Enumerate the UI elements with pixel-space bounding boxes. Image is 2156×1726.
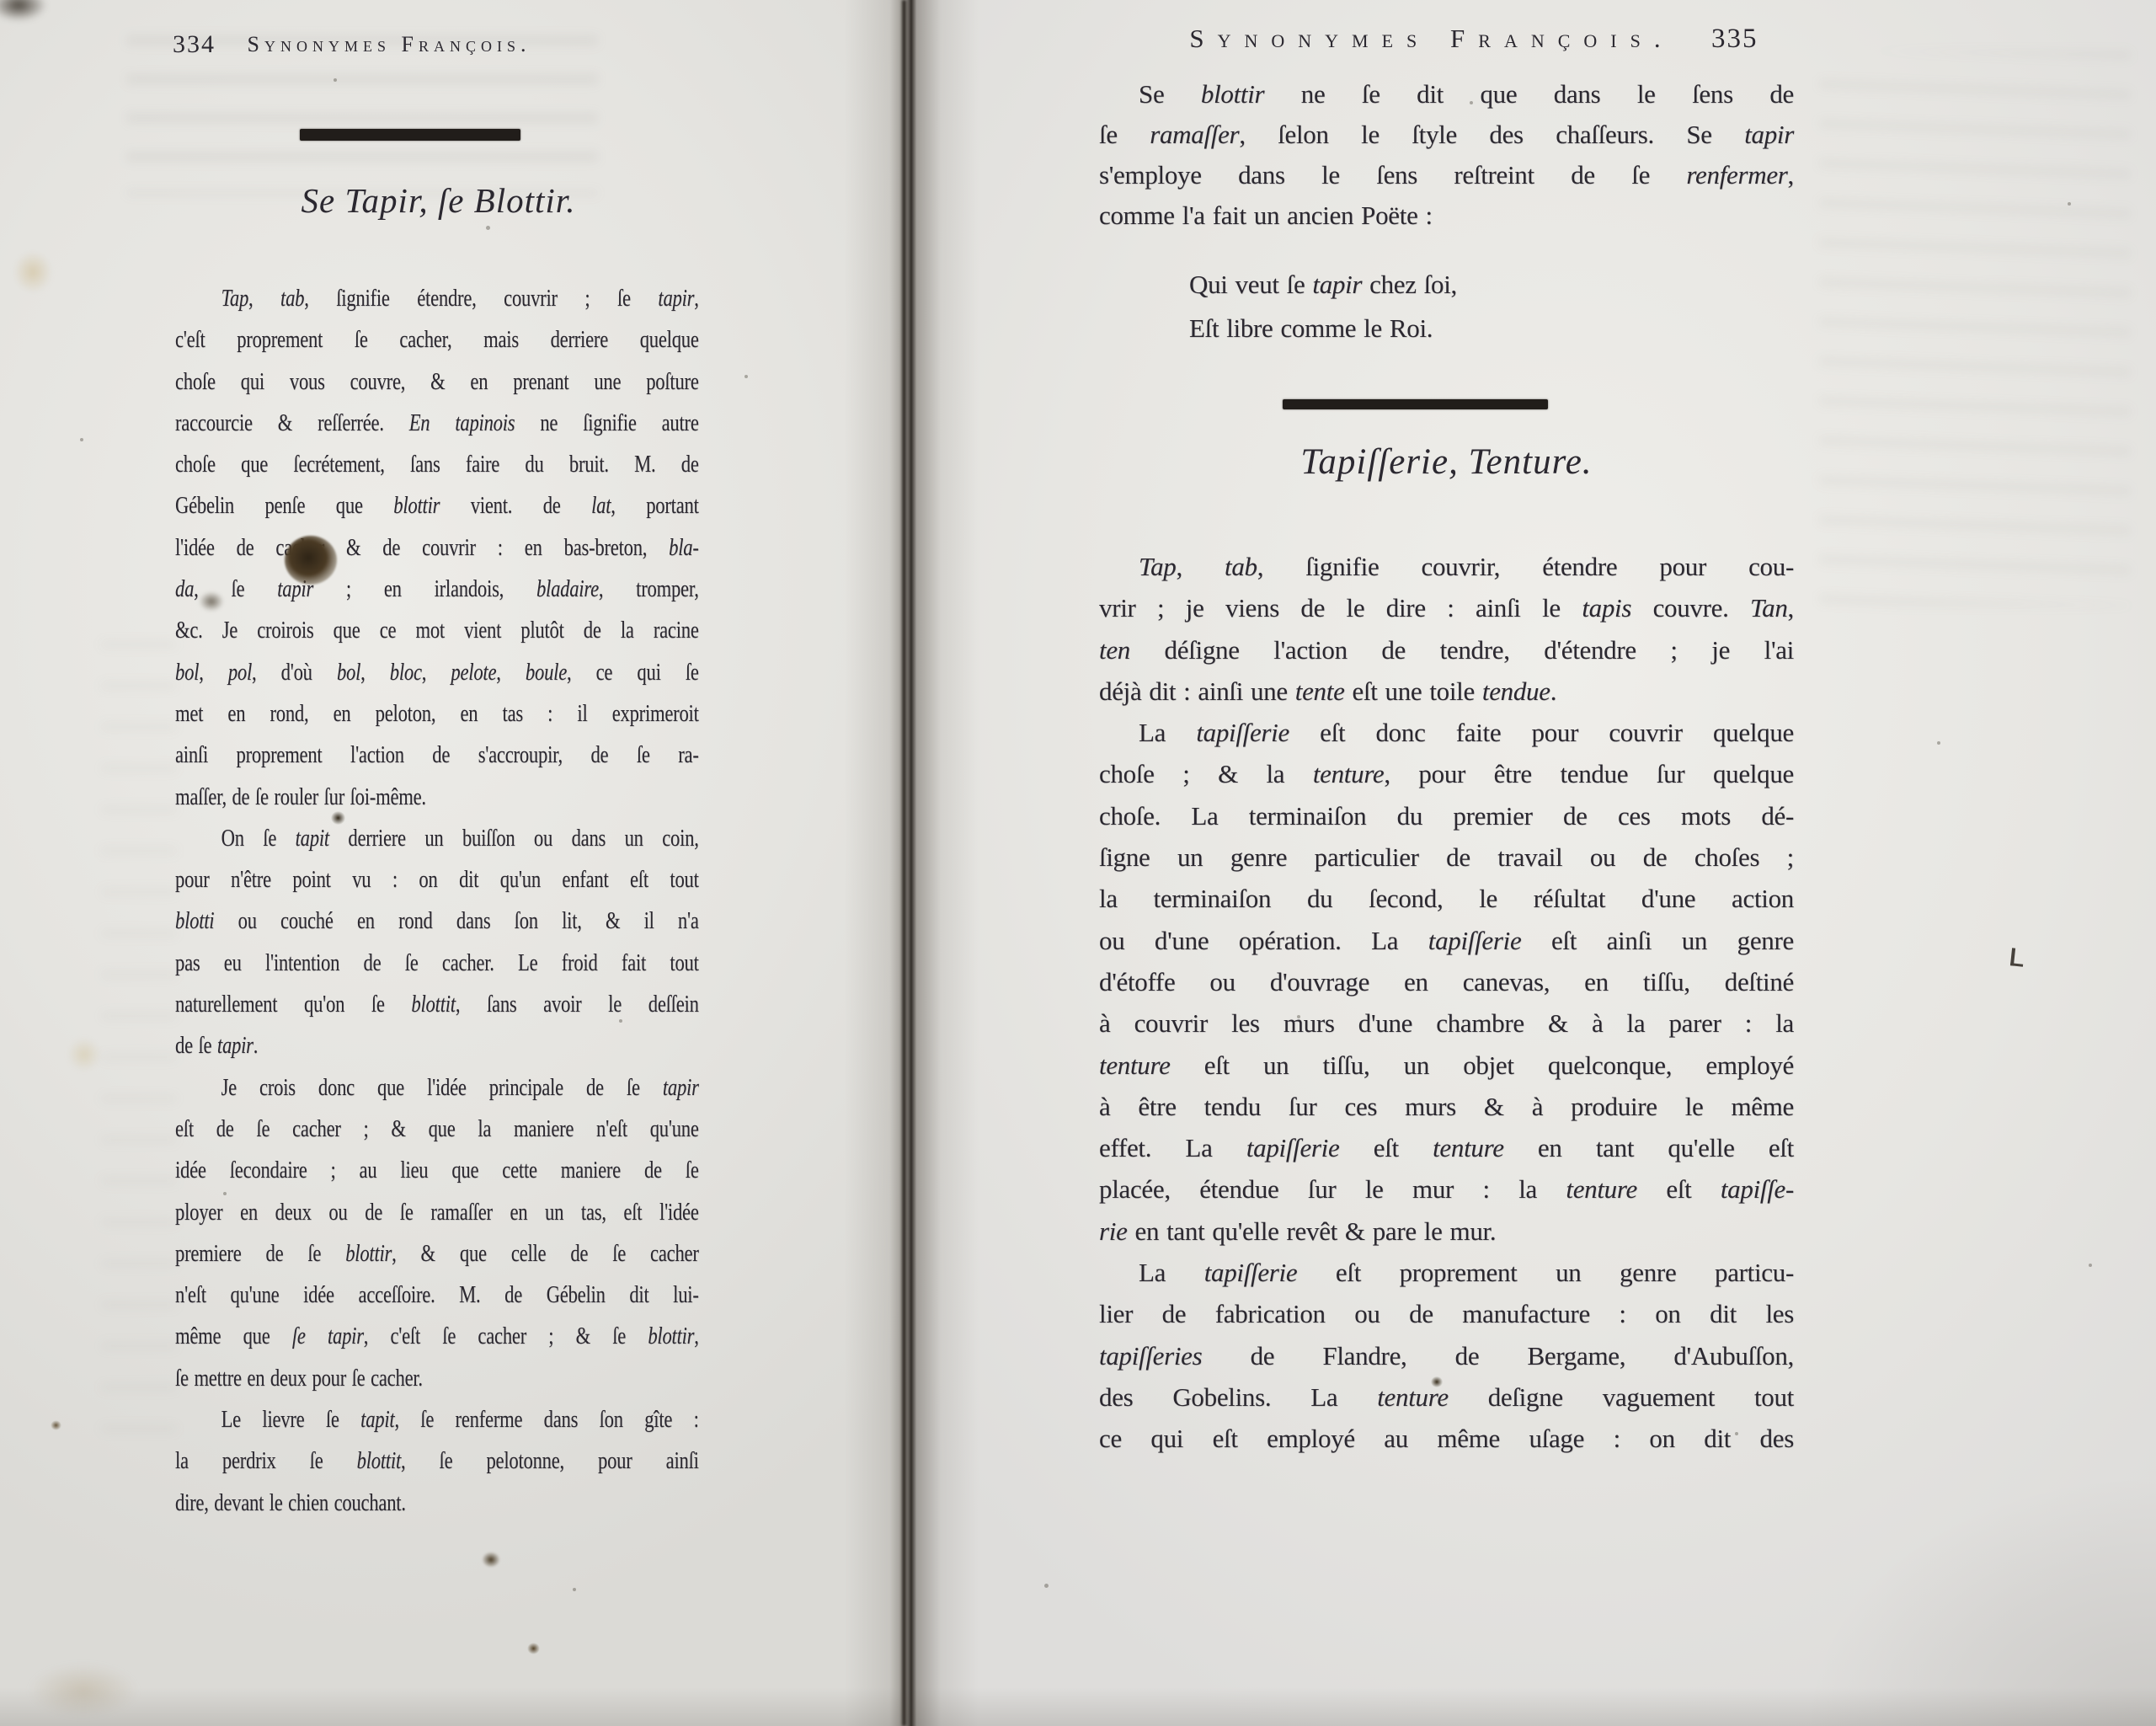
- text-line: s'employe dans le ſens reſtreint de ſe r…: [1099, 155, 1794, 195]
- text-line: effet. La tapiſſerie eſt tenture en tant…: [1099, 1127, 1794, 1168]
- text-line: déjà dit : ainſi une tente eſt une toile…: [1099, 671, 1794, 712]
- page-number: 335: [1711, 24, 1758, 55]
- text-line: choſe. La terminaiſon du premier de ces …: [1099, 795, 1794, 836]
- paragraph: Tap, tab, ſignifie couvrir, étendre pour…: [1099, 546, 1794, 712]
- text-line: tenture eſt un tiſſu, un objet quelconqu…: [1099, 1045, 1794, 1086]
- text-line: Eſt libre comme le Roi.: [1189, 307, 1457, 350]
- running-title: Synonymes François.: [246, 32, 532, 57]
- text-line: ainſi proprement l'action de s'accroupir…: [175, 735, 699, 776]
- text-line: ce qui eſt employé au même uſage : on di…: [1099, 1418, 1794, 1459]
- section-title: Se Tapir, ſe Blottir.: [175, 180, 702, 221]
- text-line: n'eſt qu'une idée acceſſoire. M. de Gébe…: [175, 1274, 699, 1316]
- text-line: &c. Je croirois que ce mot vient plutôt …: [175, 610, 699, 651]
- text-line: tapiſſeries de Flandre, de Bergame, d'Au…: [1099, 1335, 1794, 1376]
- text-line: ſe ramaſſer, ſelon le ſtyle des chaſſeur…: [1099, 115, 1794, 155]
- running-title: Synonymes François.: [1166, 24, 1697, 54]
- book-spread: 334 Synonymes François. Se Tapir, ſe Blo…: [0, 0, 2156, 1726]
- text-line: Tap, tab, ſignifie étendre, couvrir ; ſe…: [175, 278, 699, 319]
- text-line: ou d'une opération. La tapiſſerie eſt ai…: [1099, 920, 1794, 961]
- text-line: da, ſe tapir ; en irlandois, bladaire, t…: [175, 569, 699, 610]
- text-line: pas eu l'intention de ſe cacher. Le froi…: [175, 943, 699, 984]
- text-line: blotti ou couché en rond dans ſon lit, &…: [175, 900, 699, 942]
- text-line: à être tendu ſur ces murs & à produire l…: [1099, 1086, 1794, 1127]
- page-body: Tap, tab, ſignifie couvrir, étendre pour…: [1099, 546, 1794, 1460]
- text-line: d'étoffe ou d'ouvrage en canevas, en tiſ…: [1099, 961, 1794, 1002]
- text-line: ſe mettre en deux pour ſe cacher.: [175, 1358, 699, 1399]
- text-line: ten déſigne l'action de tendre, d'étendr…: [1099, 629, 1794, 671]
- text-line: Qui veut ſe tapir chez ſoi,: [1189, 263, 1457, 307]
- text-line: ſigne un genre particulier de travail ou…: [1099, 836, 1794, 878]
- text-line: met en rond, en peloton, en tas : il exp…: [175, 693, 699, 735]
- text-line: eſt de ſe cacher ; & que la maniere n'eſ…: [175, 1109, 699, 1150]
- text-line: l'idée de cacher & de couvrir : en bas-b…: [175, 527, 699, 569]
- text-line: même que ſe tapir, c'eſt ſe cacher ; & ſ…: [175, 1316, 699, 1357]
- text-line: la perdrix ſe blottit, ſe pelotonne, pou…: [175, 1440, 699, 1482]
- text-line: rie en tant qu'elle revêt & pare le mur.: [1099, 1210, 1794, 1252]
- text-line: Je crois donc que l'idée principale de ſ…: [175, 1067, 699, 1109]
- paragraph: Le lievre ſe tapit, ſe renferme dans ſon…: [175, 1399, 699, 1524]
- text-line: ployer en deux ou de ſe ramaſſer en un t…: [175, 1192, 699, 1233]
- text-line: Gébelin penſe que blottir vient. de lat,…: [175, 485, 699, 526]
- text-line: Tap, tab, ſignifie couvrir, étendre pour…: [1099, 546, 1794, 587]
- text-line: bol, pol, d'où bol, bloc, pelote, boule,…: [175, 652, 699, 693]
- paragraph: On ſe tapit derriere un buiſſon ou dans …: [175, 818, 699, 1067]
- text-line: Se blottir ne ſe dit que dans le ſens de: [1099, 74, 1794, 115]
- paragraph: Se blottir ne ſe dit que dans le ſens de…: [1099, 74, 1794, 236]
- text-line: On ſe tapit derriere un buiſſon ou dans …: [175, 818, 699, 859]
- page-body: Tap, tab, ſignifie étendre, couvrir ; ſe…: [175, 278, 699, 1524]
- text-line: vrir ; je viens de le dire : ainſi le ta…: [1099, 587, 1794, 628]
- page-body: Se blottir ne ſe dit que dans le ſens de…: [1099, 74, 1794, 236]
- paragraph: La tapiſſerie eſt donc faite pour couvri…: [1099, 712, 1794, 1252]
- text-line: lier de fabrication ou de manufacture : …: [1099, 1293, 1794, 1334]
- text-line: premiere de ſe blottir, & que celle de ſ…: [175, 1233, 699, 1274]
- text-line: comme l'a fait un ancien Poëte :: [1099, 195, 1794, 236]
- text-line: naturellement qu'on ſe blottit, ſans avo…: [175, 984, 699, 1025]
- text-line: c'eſt proprement ſe cacher, mais derrier…: [175, 319, 699, 361]
- text-line: choſe que ſecrétement, ſans faire du bru…: [175, 444, 699, 485]
- text-line: dire, devant le chien couchant.: [175, 1483, 699, 1524]
- text-line: la terminaiſon du ſecond, le réſultat d'…: [1099, 878, 1794, 919]
- text-line: La tapiſſerie eſt proprement un genre pa…: [1099, 1252, 1794, 1293]
- text-line: à couvrir les murs d'une chambre & à la …: [1099, 1002, 1794, 1044]
- text-line: maſſer, de ſe rouler ſur ſoi-même.: [175, 777, 699, 818]
- text-line: choſe qui vous couvre, & en prenant une …: [175, 361, 699, 403]
- text-line: Le lievre ſe tapit, ſe renferme dans ſon…: [175, 1399, 699, 1440]
- paragraph: Je crois donc que l'idée principale de ſ…: [175, 1067, 699, 1399]
- text-line: idée ſecondaire ; au lieu que cette mani…: [175, 1150, 699, 1191]
- text-line: pour n'être point vu : on dit qu'un enfa…: [175, 859, 699, 900]
- paragraph: La tapiſſerie eſt proprement un genre pa…: [1099, 1252, 1794, 1459]
- text-line: de ſe tapir.: [175, 1025, 699, 1066]
- section-title: Tapiſſerie, Tenture.: [1099, 441, 1794, 483]
- text-line: des Gobelins. La tenture deſigne vagueme…: [1099, 1376, 1794, 1418]
- separator-rule: [300, 129, 520, 141]
- text-line: La tapiſſerie eſt donc faite pour couvri…: [1099, 712, 1794, 753]
- paragraph: Tap, tab, ſignifie étendre, couvrir ; ſe…: [175, 278, 699, 818]
- page-number: 334: [173, 30, 216, 59]
- verse-quotation: Qui veut ſe tapir chez ſoi,Eſt libre com…: [1189, 263, 1457, 350]
- text-line: placée, étendue ſur le mur : la tenture …: [1099, 1168, 1794, 1210]
- text-line: raccourcie & reſſerrée. En tapinois ne ſ…: [175, 403, 699, 444]
- text-line: choſe ; & la tenture, pour être tendue ſ…: [1099, 753, 1794, 794]
- separator-rule: [1283, 399, 1548, 409]
